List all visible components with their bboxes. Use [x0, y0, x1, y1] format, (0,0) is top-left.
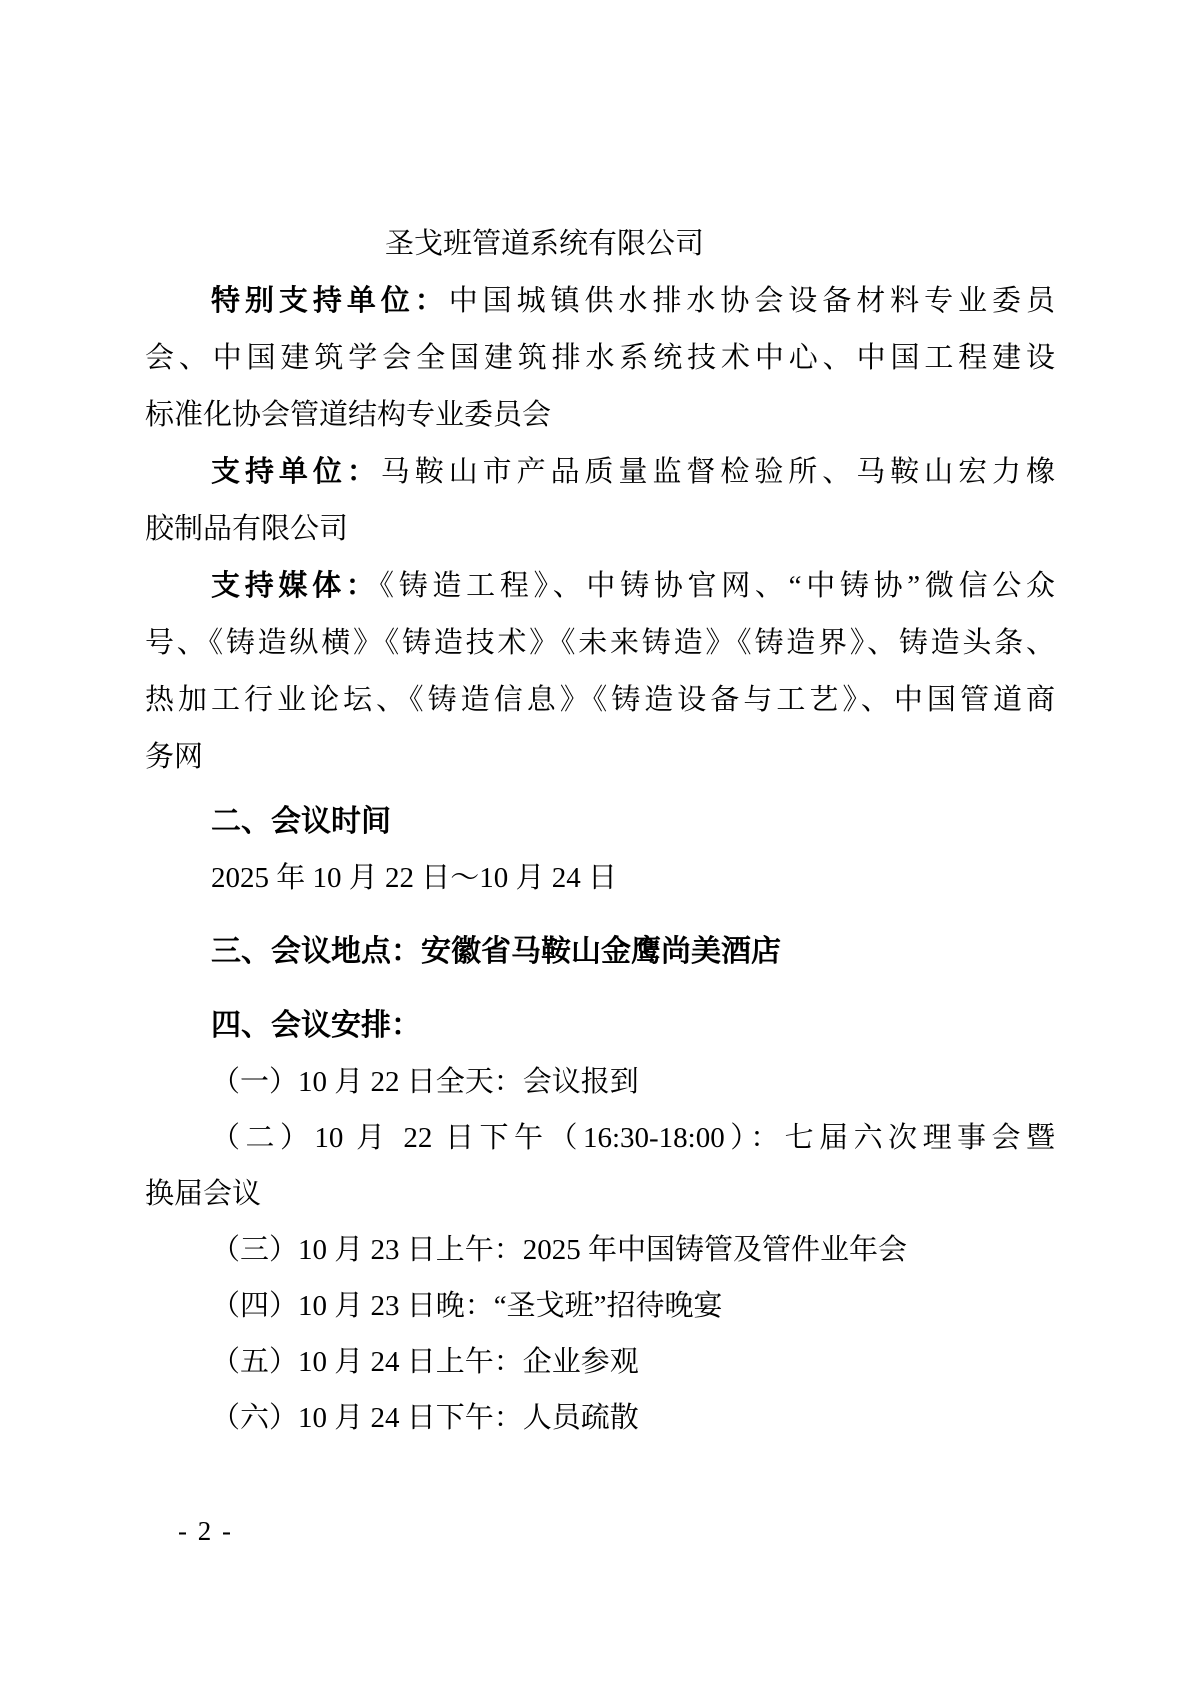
support-units-label: 支持单位： [211, 456, 381, 488]
support-units-line: 支持单位：马鞍山市产品质量监督检验所、马鞍山宏力橡 [145, 444, 1055, 501]
agenda-item-4: （四）10 月 23 日晚：“圣戈班”招待晚宴 [145, 1278, 1055, 1334]
special-support-units-line-3: 标准化协会管道结构专业委员会 [145, 387, 1055, 444]
special-support-units-line: 特别支持单位：中国城镇供水排水协会设备材料专业委员 [145, 273, 1055, 330]
meeting-info-section: 二、会议时间 2025 年 10 月 22 日～10 月 24 日 三、会议地点… [145, 794, 1055, 1446]
page-number: - 2 - [178, 1516, 233, 1546]
support-media-line-3: 热加工行业论坛、《铸造信息》《铸造设备与工艺》、中国管道商 [145, 672, 1055, 729]
special-support-units-text: 中国城镇供水排水协会设备材料专业委员 [449, 285, 1055, 317]
support-units-line-2: 胶制品有限公司 [145, 501, 1055, 558]
special-support-units-line-2: 会、中国建筑学会全国建筑排水系统技术中心、中国工程建设 [145, 330, 1055, 387]
agenda-item-2-continuation: 换届会议 [145, 1166, 1055, 1222]
meeting-time-value: 2025 年 10 月 22 日～10 月 24 日 [145, 850, 1055, 906]
section-heading-meeting-agenda: 四、会议安排： [145, 998, 1055, 1054]
document-page: 圣戈班管道系统有限公司 特别支持单位：中国城镇供水排水协会设备材料专业委员 会、… [0, 0, 1200, 1697]
section-heading-meeting-time: 二、会议时间 [145, 794, 1055, 850]
support-media-text: 《铸造工程》、中铸协官网、“中铸协”微信公众 [380, 570, 1055, 602]
support-media-line-2: 号、《铸造纵横》《铸造技术》《未来铸造》《铸造界》、铸造头条、 [145, 615, 1055, 672]
agenda-item-3: （三）10 月 23 日上午：2025 年中国铸管及管件业年会 [145, 1222, 1055, 1278]
supporting-units-section: 圣戈班管道系统有限公司 特别支持单位：中国城镇供水排水协会设备材料专业委员 会、… [145, 216, 1055, 786]
special-support-units-label: 特别支持单位： [211, 285, 449, 317]
support-media-line: 支持媒体：《铸造工程》、中铸协官网、“中铸协”微信公众 [145, 558, 1055, 615]
agenda-item-2: （二）10 月 22 日下午（16:30-18:00）：七届六次理事会暨 [145, 1110, 1055, 1166]
support-units-text: 马鞍山市产品质量监督检验所、马鞍山宏力橡 [381, 456, 1055, 488]
agenda-item-6: （六）10 月 24 日下午：人员疏散 [145, 1390, 1055, 1446]
support-media-line-4: 务网 [145, 729, 1055, 786]
support-media-label: 支持媒体： [211, 570, 380, 602]
org-continuation-line: 圣戈班管道系统有限公司 [145, 216, 1055, 273]
agenda-item-5: （五）10 月 24 日上午：企业参观 [145, 1334, 1055, 1390]
document-body: 圣戈班管道系统有限公司 特别支持单位：中国城镇供水排水协会设备材料专业委员 会、… [145, 216, 1055, 1446]
agenda-item-1: （一）10 月 22 日全天：会议报到 [145, 1054, 1055, 1110]
section-heading-meeting-venue: 三、会议地点：安徽省马鞍山金鹰尚美酒店 [145, 924, 1055, 980]
